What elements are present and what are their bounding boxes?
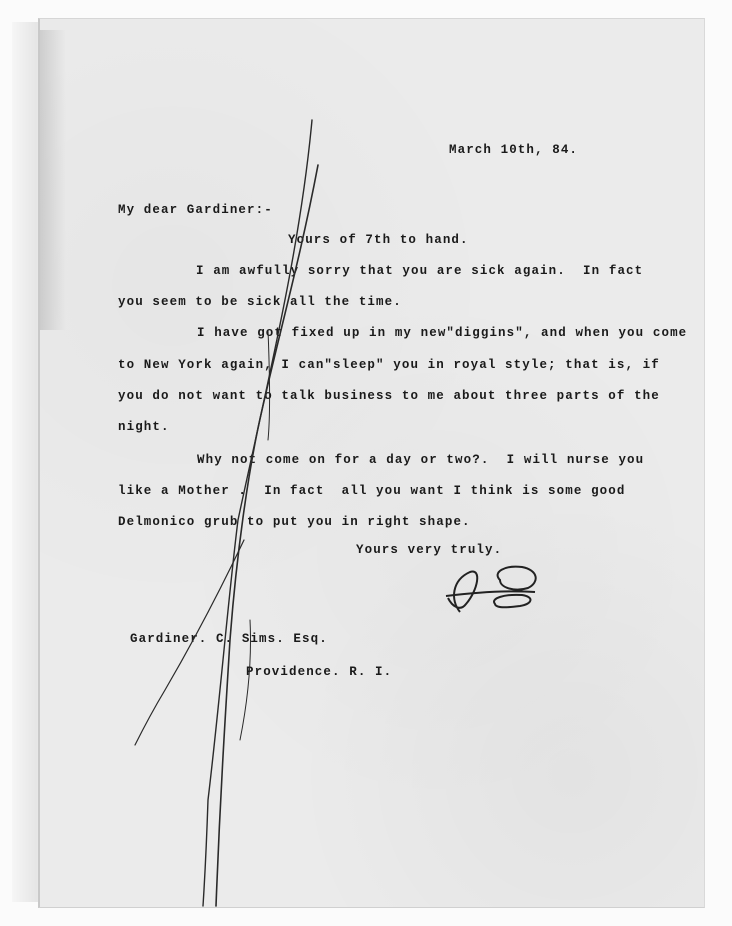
letter-salutation: My dear Gardiner:- <box>118 203 273 217</box>
body-line-9: like a Mother . In fact all you want I t… <box>118 484 625 498</box>
letter-date: March 10th, 84. <box>449 143 578 157</box>
body-line-3: you seem to be sick all the time. <box>118 295 402 309</box>
body-line-10: Delmonico grub to put you in right shape… <box>118 515 471 529</box>
body-line-8: Why not come on for a day or two?. I wil… <box>197 453 644 467</box>
body-line-4: I have got fixed up in my new"diggins", … <box>197 326 687 340</box>
addressee-name: Gardiner. C. Sims. Esq. <box>130 632 328 646</box>
body-line-1: Yours of 7th to hand. <box>288 233 469 247</box>
body-line-7: night. <box>118 420 170 434</box>
addressee-place: Providence. R. I. <box>246 665 392 679</box>
body-line-2: I am awfully sorry that you are sick aga… <box>196 264 643 278</box>
page-shadow <box>40 30 66 330</box>
letter-closing: Yours very truly. <box>356 543 502 557</box>
body-line-6: you do not want to talk business to me a… <box>118 389 660 403</box>
body-line-5: to New York again, I can"sleep" you in r… <box>118 358 660 372</box>
